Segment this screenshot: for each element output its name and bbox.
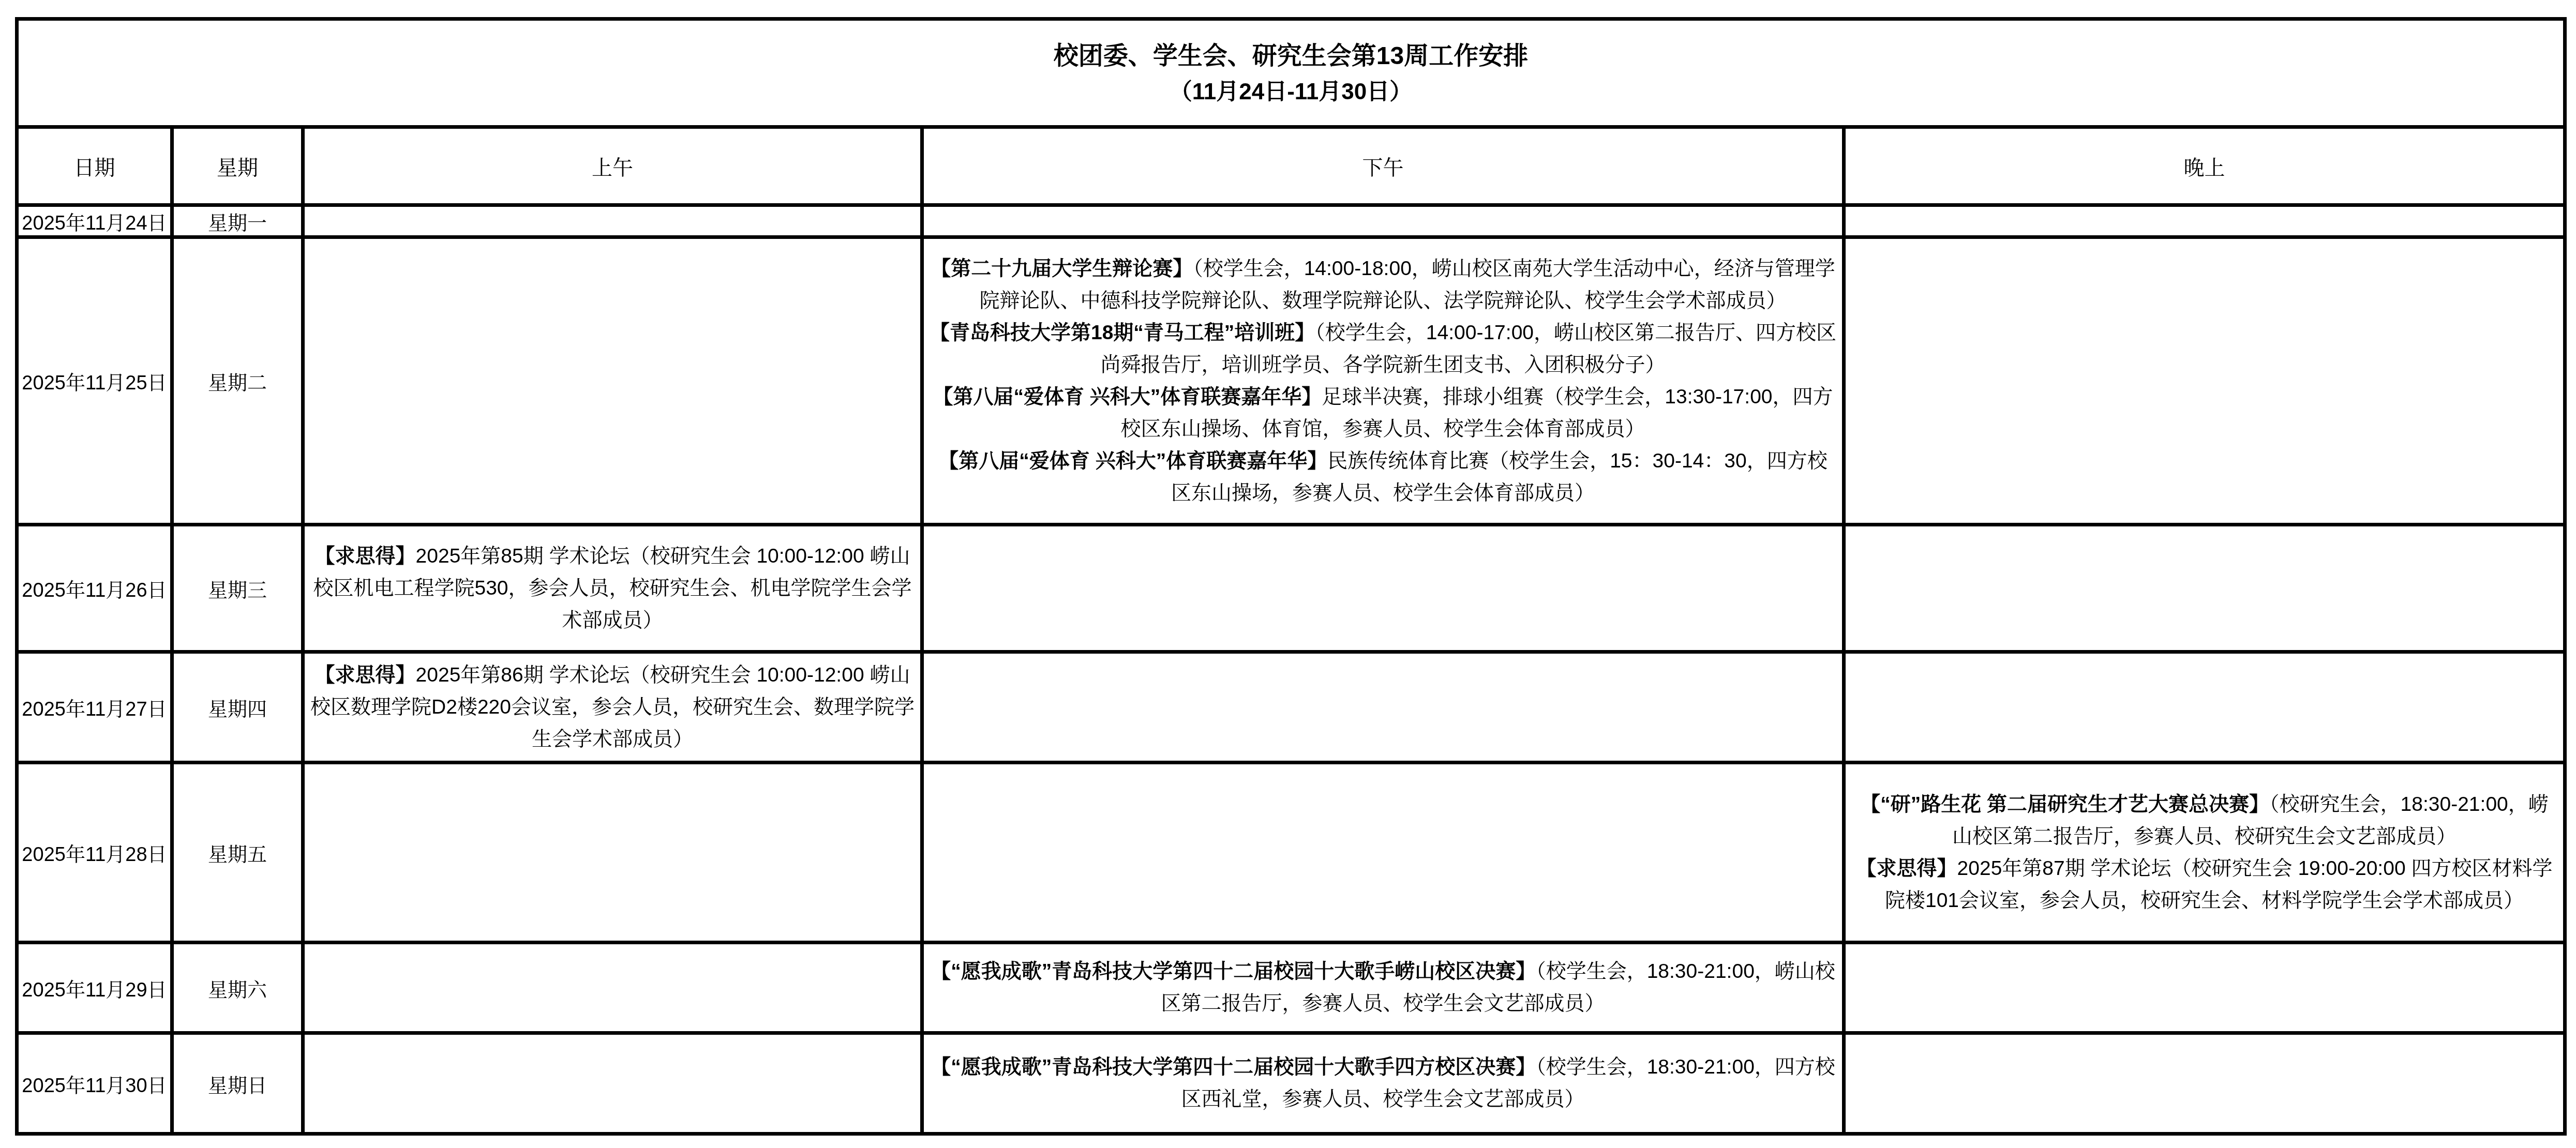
cell-morning: 【求思得】2025年第85期 学术论坛（校研究生会 10:00-12:00 崂山… xyxy=(303,525,922,652)
table-row: 2025年11月29日星期六【“愿我成歌”青岛科技大学第四十二届校园十大歌手崂山… xyxy=(17,943,2565,1033)
event-title: 【求思得】 xyxy=(315,545,416,567)
cell-evening: 【“研”路生花 第二届研究生才艺大赛总决赛】（校研究生会，18:30-21:00… xyxy=(1844,763,2565,943)
cell-date: 2025年11月25日 xyxy=(17,237,172,525)
cell-afternoon xyxy=(922,525,1844,652)
cell-week: 星期三 xyxy=(172,525,303,652)
schedule-body: 2025年11月24日星期一2025年11月25日星期二【第二十九届大学生辩论赛… xyxy=(17,205,2565,1134)
cell-evening xyxy=(1844,1033,2565,1134)
schedule-table: 校团委、学生会、研究生会第13周工作安排 （11月24日-11月30日） 日期 … xyxy=(15,17,2567,1136)
cell-week: 星期二 xyxy=(172,237,303,525)
event-title: 【“愿我成歌”青岛科技大学第四十二届校园十大歌手崂山校区决赛】 xyxy=(931,960,1536,983)
event-entry: 【“愿我成歌”青岛科技大学第四十二届校园十大歌手四方校区决赛】（校学生会，18:… xyxy=(929,1051,1837,1115)
cell-date: 2025年11月26日 xyxy=(17,525,172,652)
cell-afternoon xyxy=(922,763,1844,943)
cell-evening xyxy=(1844,525,2565,652)
cell-week: 星期四 xyxy=(172,652,303,763)
event-title: 【第八届“爱体育 兴科大”体育联赛嘉年华】 xyxy=(933,386,1322,408)
table-row: 2025年11月27日星期四【求思得】2025年第86期 学术论坛（校研究生会 … xyxy=(17,652,2565,763)
page-title: 校团委、学生会、研究生会第13周工作安排 xyxy=(19,37,2563,75)
cell-date: 2025年11月24日 xyxy=(17,205,172,237)
column-header-week: 星期 xyxy=(172,127,303,205)
column-header-date: 日期 xyxy=(17,127,172,205)
cell-evening xyxy=(1844,652,2565,763)
cell-morning xyxy=(303,237,922,525)
event-title: 【“愿我成歌”青岛科技大学第四十二届校园十大歌手四方校区决赛】 xyxy=(931,1056,1536,1078)
header-row: 日期 星期 上午 下午 晚上 xyxy=(17,127,2565,205)
cell-date: 2025年11月27日 xyxy=(17,652,172,763)
event-title: 【青岛科技大学第18期“青马工程”培训班】 xyxy=(930,322,1315,344)
event-entry: 【“研”路生花 第二届研究生才艺大赛总决赛】（校研究生会，18:30-21:00… xyxy=(1851,789,2558,853)
cell-afternoon xyxy=(922,205,1844,237)
cell-evening xyxy=(1844,205,2565,237)
cell-evening xyxy=(1844,943,2565,1033)
table-row: 2025年11月28日星期五【“研”路生花 第二届研究生才艺大赛总决赛】（校研究… xyxy=(17,763,2565,943)
event-entry: 【求思得】2025年第85期 学术论坛（校研究生会 10:00-12:00 崂山… xyxy=(310,540,915,637)
event-entry: 【第八届“爱体育 兴科大”体育联赛嘉年华】民族传统体育比赛（校学生会，15：30… xyxy=(929,445,1837,509)
table-row: 2025年11月24日星期一 xyxy=(17,205,2565,237)
event-title: 【求思得】 xyxy=(1856,857,1957,880)
title-row: 校团委、学生会、研究生会第13周工作安排 （11月24日-11月30日） xyxy=(17,19,2565,127)
cell-week: 星期六 xyxy=(172,943,303,1033)
page-date-range: （11月24日-11月30日） xyxy=(19,75,2563,109)
table-row: 2025年11月30日星期日【“愿我成歌”青岛科技大学第四十二届校园十大歌手四方… xyxy=(17,1033,2565,1134)
column-header-morning: 上午 xyxy=(303,127,922,205)
event-title: 【求思得】 xyxy=(315,664,416,686)
cell-week: 星期日 xyxy=(172,1033,303,1134)
cell-week: 星期五 xyxy=(172,763,303,943)
cell-afternoon: 【“愿我成歌”青岛科技大学第四十二届校园十大歌手四方校区决赛】（校学生会，18:… xyxy=(922,1033,1844,1134)
event-entry: 【青岛科技大学第18期“青马工程”培训班】（校学生会，14:00-17:00，崂… xyxy=(929,317,1837,381)
event-title: 【第八届“爱体育 兴科大”体育联赛嘉年华】 xyxy=(938,450,1327,472)
event-entry: 【第八届“爱体育 兴科大”体育联赛嘉年华】足球半决赛，排球小组赛（校学生会，13… xyxy=(929,381,1837,445)
cell-date: 2025年11月29日 xyxy=(17,943,172,1033)
column-header-evening: 晚上 xyxy=(1844,127,2565,205)
cell-date: 2025年11月30日 xyxy=(17,1033,172,1134)
cell-afternoon xyxy=(922,652,1844,763)
title-cell: 校团委、学生会、研究生会第13周工作安排 （11月24日-11月30日） xyxy=(17,19,2565,127)
column-header-afternoon: 下午 xyxy=(922,127,1844,205)
cell-evening xyxy=(1844,237,2565,525)
cell-afternoon: 【第二十九届大学生辩论赛】（校学生会，14:00-18:00，崂山校区南苑大学生… xyxy=(922,237,1844,525)
cell-morning xyxy=(303,1033,922,1134)
cell-morning xyxy=(303,943,922,1033)
event-entry: 【第二十九届大学生辩论赛】（校学生会，14:00-18:00，崂山校区南苑大学生… xyxy=(929,253,1837,317)
event-title: 【第二十九届大学生辩论赛】 xyxy=(931,258,1193,280)
table-row: 2025年11月26日星期三【求思得】2025年第85期 学术论坛（校研究生会 … xyxy=(17,525,2565,652)
cell-morning xyxy=(303,763,922,943)
cell-date: 2025年11月28日 xyxy=(17,763,172,943)
schedule-page: 校团委、学生会、研究生会第13周工作安排 （11月24日-11月30日） 日期 … xyxy=(0,0,2576,1148)
cell-morning xyxy=(303,205,922,237)
event-title: 【“研”路生花 第二届研究生才艺大赛总决赛】 xyxy=(1860,793,2269,815)
event-entry: 【求思得】2025年第86期 学术论坛（校研究生会 10:00-12:00 崂山… xyxy=(310,659,915,756)
event-entry: 【求思得】2025年第87期 学术论坛（校研究生会 19:00-20:00 四方… xyxy=(1851,853,2558,917)
cell-afternoon: 【“愿我成歌”青岛科技大学第四十二届校园十大歌手崂山校区决赛】（校学生会，18:… xyxy=(922,943,1844,1033)
event-entry: 【“愿我成歌”青岛科技大学第四十二届校园十大歌手崂山校区决赛】（校学生会，18:… xyxy=(929,956,1837,1020)
cell-morning: 【求思得】2025年第86期 学术论坛（校研究生会 10:00-12:00 崂山… xyxy=(303,652,922,763)
cell-week: 星期一 xyxy=(172,205,303,237)
table-row: 2025年11月25日星期二【第二十九届大学生辩论赛】（校学生会，14:00-1… xyxy=(17,237,2565,525)
